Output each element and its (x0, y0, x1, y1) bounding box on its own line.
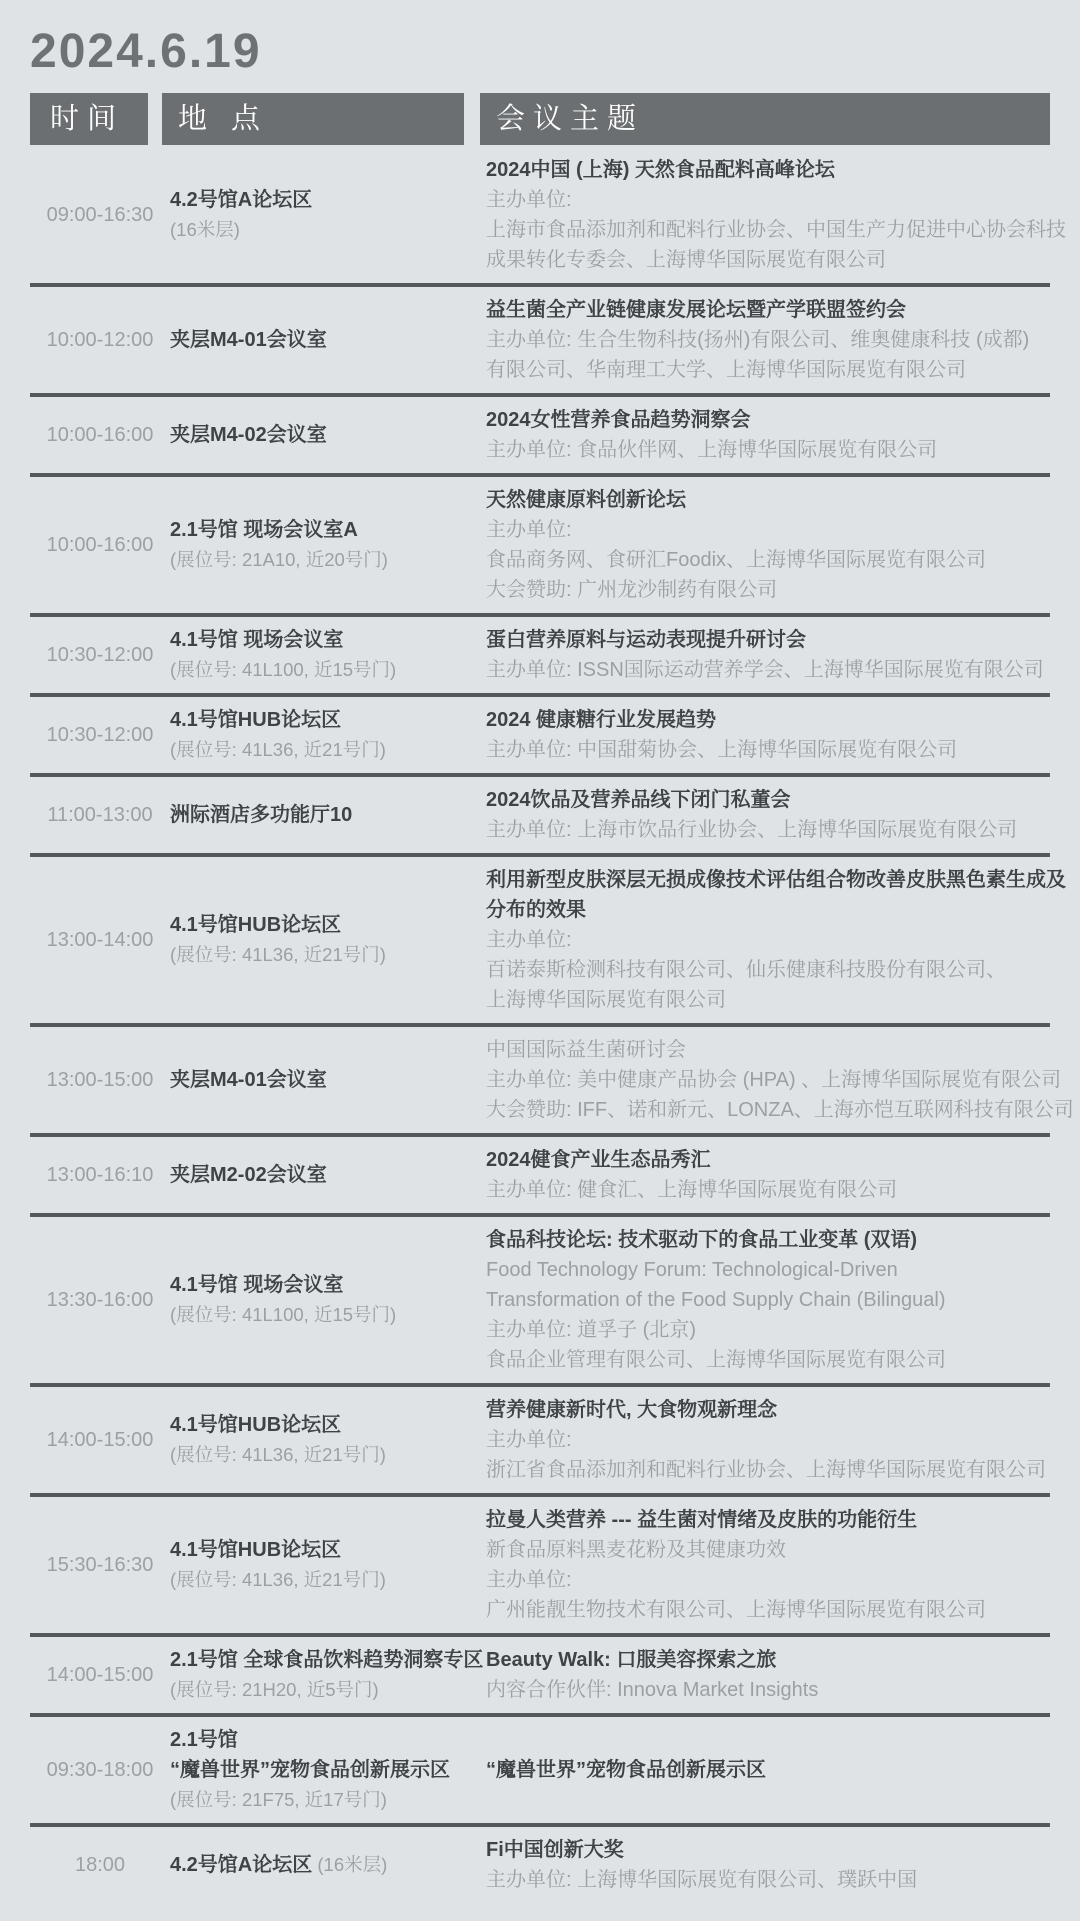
topic-line: 蛋白营养原料与运动表现提升研讨会 (486, 625, 1050, 655)
time-cell: 11:00-13:00 (30, 800, 170, 830)
location-cell: 4.2号馆A论坛区(16米层) (170, 185, 486, 245)
location-cell: 4.1号馆HUB论坛区(展位号: 41L36, 近21号门) (170, 910, 486, 970)
table-row: 10:30-12:004.1号馆 现场会议室(展位号: 41L100, 近15号… (0, 617, 1080, 693)
topic-line: 广州能靓生物技术有限公司、上海博华国际展览有限公司 (486, 1595, 1050, 1625)
topic-cell: 益生菌全产业链健康发展论坛暨产学联盟签约会主办单位: 生合生物科技(扬州)有限公… (486, 295, 1050, 385)
topic-cell: 蛋白营养原料与运动表现提升研讨会主办单位: ISSN国际运动营养学会、上海博华国… (486, 625, 1050, 685)
location-line: 4.2号馆A论坛区 (16米层) (170, 1850, 486, 1880)
topic-line: 内容合作伙伴: Innova Market Insights (486, 1675, 1050, 1705)
column-header-topic: 会议主题 (480, 93, 1050, 145)
table-row: 09:30-18:002.1号馆“魔兽世界”宠物食品创新展示区(展位号: 21F… (0, 1717, 1080, 1823)
location-cell: 2.1号馆 现场会议室A(展位号: 21A10, 近20号门) (170, 515, 486, 575)
location-line: 夹层M4-01会议室 (170, 325, 486, 355)
topic-line: 浙江省食品添加剂和配料行业协会、上海博华国际展览有限公司 (486, 1455, 1050, 1485)
table-row: 14:00-15:002.1号馆 全球食品饮料趋势洞察专区(展位号: 21H20… (0, 1637, 1080, 1713)
topic-cell: Beauty Walk: 口服美容探索之旅内容合作伙伴: Innova Mark… (486, 1645, 1050, 1705)
topic-line: 上海市食品添加剂和配料行业协会、中国生产力促进中心协会科技 (486, 215, 1050, 245)
time-cell: 14:00-15:00 (30, 1425, 170, 1455)
location-cell: 洲际酒店多功能厅10 (170, 800, 486, 830)
topic-cell: 食品科技论坛: 技术驱动下的食品工业变革 (双语)Food Technology… (486, 1225, 1050, 1375)
location-line: 洲际酒店多功能厅10 (170, 800, 486, 830)
topic-line: 2024女性营养食品趋势洞察会 (486, 405, 1050, 435)
table-row: 13:00-15:00夹层M4-01会议室中国国际益生菌研讨会主办单位: 美中健… (0, 1027, 1080, 1133)
location-line: “魔兽世界”宠物食品创新展示区 (170, 1755, 486, 1785)
topic-line: Beauty Walk: 口服美容探索之旅 (486, 1645, 1050, 1675)
topic-line: 主办单位: (486, 515, 1050, 545)
topic-cell: “魔兽世界”宠物食品创新展示区 (486, 1755, 1050, 1785)
topic-line: 益生菌全产业链健康发展论坛暨产学联盟签约会 (486, 295, 1050, 325)
topic-line: Transformation of the Food Supply Chain … (486, 1285, 1050, 1315)
topic-line: 分布的效果 (486, 895, 1050, 925)
time-cell: 10:00-16:00 (30, 530, 170, 560)
location-cell: 4.1号馆HUB论坛区(展位号: 41L36, 近21号门) (170, 1535, 486, 1595)
location-cell: 夹层M4-02会议室 (170, 420, 486, 450)
location-cell: 2.1号馆“魔兽世界”宠物食品创新展示区(展位号: 21F75, 近17号门) (170, 1725, 486, 1815)
time-cell: 09:00-16:30 (30, 200, 170, 230)
topic-cell: 2024女性营养食品趋势洞察会主办单位: 食品伙伴网、上海博华国际展览有限公司 (486, 405, 1050, 465)
location-cell: 4.1号馆HUB论坛区(展位号: 41L36, 近21号门) (170, 1410, 486, 1470)
topic-line: 百诺泰斯检测科技有限公司、仙乐健康科技股份有限公司、 (486, 955, 1050, 985)
location-line: 夹层M2-02会议室 (170, 1160, 486, 1190)
table-row: 10:00-16:00夹层M4-02会议室2024女性营养食品趋势洞察会主办单位… (0, 397, 1080, 473)
table-row: 10:00-12:00夹层M4-01会议室益生菌全产业链健康发展论坛暨产学联盟签… (0, 287, 1080, 393)
location-cell: 夹层M4-01会议室 (170, 325, 486, 355)
table-header: 时间 地 点 会议主题 (30, 93, 1050, 145)
location-cell: 4.1号馆HUB论坛区(展位号: 41L36, 近21号门) (170, 705, 486, 765)
topic-line: 上海博华国际展览有限公司 (486, 985, 1050, 1015)
topic-line: 主办单位: 中国甜菊协会、上海博华国际展览有限公司 (486, 735, 1050, 765)
location-line: (展位号: 41L36, 近21号门) (170, 735, 486, 765)
topic-line: 主办单位: 道孚子 (北京) (486, 1315, 1050, 1345)
location-line: 夹层M4-01会议室 (170, 1065, 486, 1095)
location-line: (16米层) (170, 215, 486, 245)
time-cell: 13:00-14:00 (30, 925, 170, 955)
topic-line: 大会赞助: 广州龙沙制药有限公司 (486, 575, 1050, 605)
topic-line: 大会赞助: IFF、诺和新元、LONZA、上海亦恺互联网科技有限公司 (486, 1095, 1050, 1125)
location-line: (展位号: 41L36, 近21号门) (170, 1440, 486, 1470)
location-line: (展位号: 41L36, 近21号门) (170, 940, 486, 970)
table-row: 14:00-15:004.1号馆HUB论坛区(展位号: 41L36, 近21号门… (0, 1387, 1080, 1493)
topic-cell: 2024健食产业生态品秀汇主办单位: 健食汇、上海博华国际展览有限公司 (486, 1145, 1050, 1205)
time-cell: 14:00-15:00 (30, 1660, 170, 1690)
topic-line: 主办单位: ISSN国际运动营养学会、上海博华国际展览有限公司 (486, 655, 1050, 685)
topic-cell: 天然健康原料创新论坛主办单位:食品商务网、食研汇Foodix、上海博华国际展览有… (486, 485, 1050, 605)
page-title: 2024.6.19 (30, 24, 1080, 79)
topic-line: Food Technology Forum: Technological-Dri… (486, 1255, 1050, 1285)
location-cell: 4.1号馆 现场会议室(展位号: 41L100, 近15号门) (170, 1270, 486, 1330)
location-line: 4.1号馆HUB论坛区 (170, 705, 486, 735)
topic-line: 食品科技论坛: 技术驱动下的食品工业变革 (双语) (486, 1225, 1050, 1255)
time-cell: 10:00-12:00 (30, 325, 170, 355)
table-row: 11:00-13:00洲际酒店多功能厅102024饮品及营养品线下闭门私董会主办… (0, 777, 1080, 853)
time-cell: 15:30-16:30 (30, 1550, 170, 1580)
schedule-table: 09:00-16:304.2号馆A论坛区(16米层)2024中国 (上海) 天然… (0, 147, 1080, 1903)
time-cell: 13:00-16:10 (30, 1160, 170, 1190)
location-cell: 夹层M4-01会议室 (170, 1065, 486, 1095)
topic-line: 2024中国 (上海) 天然食品配料高峰论坛 (486, 155, 1050, 185)
topic-cell: 2024饮品及营养品线下闭门私董会主办单位: 上海市饮品行业协会、上海博华国际展… (486, 785, 1050, 845)
topic-line: 中国国际益生菌研讨会 (486, 1035, 1050, 1065)
location-line: (展位号: 21F75, 近17号门) (170, 1785, 486, 1815)
topic-line: 主办单位: (486, 1425, 1050, 1455)
topic-cell: Fi中国创新大奖主办单位: 上海博华国际展览有限公司、璞跃中国 (486, 1835, 1050, 1895)
topic-cell: 2024 健康糖行业发展趋势主办单位: 中国甜菊协会、上海博华国际展览有限公司 (486, 705, 1050, 765)
column-header-location: 地 点 (162, 93, 464, 145)
topic-line: 营养健康新时代, 大食物观新理念 (486, 1395, 1050, 1425)
column-header-time: 时间 (30, 93, 148, 145)
topic-line: 新食品原料黑麦花粉及其健康功效 (486, 1535, 1050, 1565)
topic-line: 食品企业管理有限公司、上海博华国际展览有限公司 (486, 1345, 1050, 1375)
topic-cell: 营养健康新时代, 大食物观新理念主办单位:浙江省食品添加剂和配料行业协会、上海博… (486, 1395, 1050, 1485)
topic-line: Fi中国创新大奖 (486, 1835, 1050, 1865)
topic-cell: 利用新型皮肤深层无损成像技术评估组合物改善皮肤黑色素生成及分布的效果主办单位:百… (486, 865, 1050, 1015)
time-cell: 18:00 (30, 1850, 170, 1880)
time-cell: 13:00-15:00 (30, 1065, 170, 1095)
location-cell: 夹层M2-02会议室 (170, 1160, 486, 1190)
location-line: 4.2号馆A论坛区 (170, 185, 486, 215)
topic-line: 主办单位: 上海博华国际展览有限公司、璞跃中国 (486, 1865, 1050, 1895)
topic-line: 主办单位: 美中健康产品协会 (HPA) 、上海博华国际展览有限公司 (486, 1065, 1050, 1095)
location-line: 2.1号馆 现场会议室A (170, 515, 486, 545)
time-cell: 10:30-12:00 (30, 720, 170, 750)
topic-cell: 拉曼人类营养 --- 益生菌对情绪及皮肤的功能衍生新食品原料黑麦花粉及其健康功效… (486, 1505, 1050, 1625)
location-line: 夹层M4-02会议室 (170, 420, 486, 450)
topic-line: 食品商务网、食研汇Foodix、上海博华国际展览有限公司 (486, 545, 1050, 575)
table-row: 18:004.2号馆A论坛区 (16米层)Fi中国创新大奖主办单位: 上海博华国… (0, 1827, 1080, 1903)
topic-line: 主办单位: (486, 925, 1050, 955)
topic-line: 拉曼人类营养 --- 益生菌对情绪及皮肤的功能衍生 (486, 1505, 1050, 1535)
table-row: 15:30-16:304.1号馆HUB论坛区(展位号: 41L36, 近21号门… (0, 1497, 1080, 1633)
location-line: 2.1号馆 (170, 1725, 486, 1755)
table-row: 13:30-16:004.1号馆 现场会议室(展位号: 41L100, 近15号… (0, 1217, 1080, 1383)
topic-line: 2024饮品及营养品线下闭门私董会 (486, 785, 1050, 815)
time-cell: 13:30-16:00 (30, 1285, 170, 1315)
location-line: 4.1号馆HUB论坛区 (170, 1535, 486, 1565)
topic-line: 有限公司、华南理工大学、上海博华国际展览有限公司 (486, 355, 1050, 385)
table-row: 13:00-14:004.1号馆HUB论坛区(展位号: 41L36, 近21号门… (0, 857, 1080, 1023)
table-row: 10:30-12:004.1号馆HUB论坛区(展位号: 41L36, 近21号门… (0, 697, 1080, 773)
location-line-tail: (16米层) (312, 1854, 387, 1875)
topic-line: “魔兽世界”宠物食品创新展示区 (486, 1755, 1050, 1785)
topic-line: 主办单位: 食品伙伴网、上海博华国际展览有限公司 (486, 435, 1050, 465)
topic-line: 主办单位: 健食汇、上海博华国际展览有限公司 (486, 1175, 1050, 1205)
topic-line: 主办单位: 上海市饮品行业协会、上海博华国际展览有限公司 (486, 815, 1050, 845)
location-line: 4.1号馆HUB论坛区 (170, 1410, 486, 1440)
location-cell: 4.2号馆A论坛区 (16米层) (170, 1850, 486, 1880)
topic-line: 主办单位: (486, 185, 1050, 215)
location-line: 4.1号馆 现场会议室 (170, 625, 486, 655)
time-cell: 10:00-16:00 (30, 420, 170, 450)
topic-line: 2024健食产业生态品秀汇 (486, 1145, 1050, 1175)
topic-line: 2024 健康糖行业发展趋势 (486, 705, 1050, 735)
time-cell: 10:30-12:00 (30, 640, 170, 670)
topic-cell: 2024中国 (上海) 天然食品配料高峰论坛主办单位:上海市食品添加剂和配料行业… (486, 155, 1050, 275)
location-line: (展位号: 21H20, 近5号门) (170, 1675, 486, 1705)
time-cell: 09:30-18:00 (30, 1755, 170, 1785)
topic-line: 主办单位: (486, 1565, 1050, 1595)
topic-line: 利用新型皮肤深层无损成像技术评估组合物改善皮肤黑色素生成及 (486, 865, 1050, 895)
table-row: 09:00-16:304.2号馆A论坛区(16米层)2024中国 (上海) 天然… (0, 147, 1080, 283)
location-line: 2.1号馆 全球食品饮料趋势洞察专区 (170, 1645, 486, 1675)
topic-cell: 中国国际益生菌研讨会主办单位: 美中健康产品协会 (HPA) 、上海博华国际展览… (486, 1035, 1050, 1125)
location-line: (展位号: 41L100, 近15号门) (170, 655, 486, 685)
topic-line: 天然健康原料创新论坛 (486, 485, 1050, 515)
topic-line: 主办单位: 生合生物科技(扬州)有限公司、维奥健康科技 (成都) (486, 325, 1050, 355)
location-line: (展位号: 21A10, 近20号门) (170, 545, 486, 575)
table-row: 13:00-16:10夹层M2-02会议室2024健食产业生态品秀汇主办单位: … (0, 1137, 1080, 1213)
topic-line: 成果转化专委会、上海博华国际展览有限公司 (486, 245, 1050, 275)
location-line: 4.1号馆 现场会议室 (170, 1270, 486, 1300)
location-cell: 2.1号馆 全球食品饮料趋势洞察专区(展位号: 21H20, 近5号门) (170, 1645, 486, 1705)
table-row: 10:00-16:002.1号馆 现场会议室A(展位号: 21A10, 近20号… (0, 477, 1080, 613)
location-line: (展位号: 41L36, 近21号门) (170, 1565, 486, 1595)
location-line: (展位号: 41L100, 近15号门) (170, 1300, 486, 1330)
location-line: 4.1号馆HUB论坛区 (170, 910, 486, 940)
location-cell: 4.1号馆 现场会议室(展位号: 41L100, 近15号门) (170, 625, 486, 685)
